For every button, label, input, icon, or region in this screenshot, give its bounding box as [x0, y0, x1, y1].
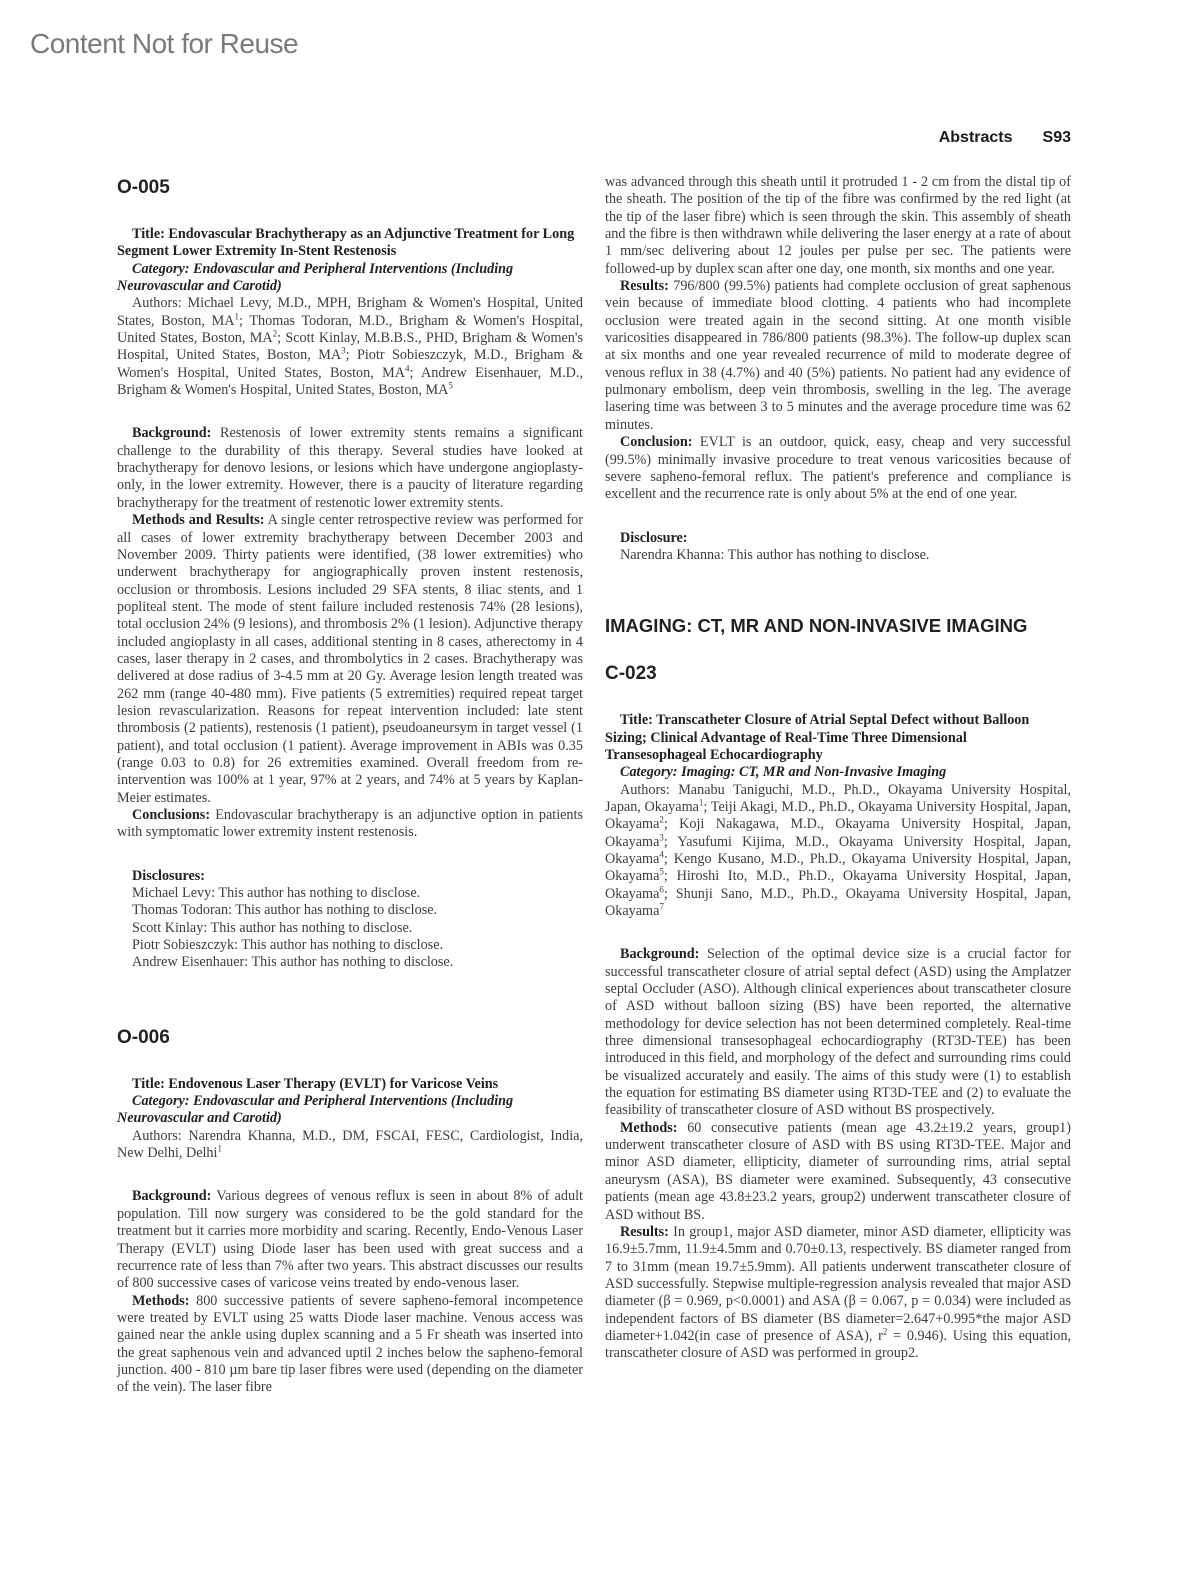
disclosure-item: Andrew Eisenhauer: This author has nothi…: [132, 954, 583, 971]
abstract-authors: Authors: Narendra Khanna, M.D., DM, FSCA…: [117, 1128, 583, 1163]
running-head: AbstractsS93: [909, 129, 1071, 147]
page-number: S93: [1043, 129, 1071, 146]
abstract-category: Category: Endovascular and Peripheral In…: [117, 261, 583, 296]
disclosure-item: Scott Kinlay: This author has nothing to…: [132, 920, 583, 937]
abstract-authors: Authors: Michael Levy, M.D., MPH, Brigha…: [117, 295, 583, 399]
abstract-background: Background: Restenosis of lower extremit…: [117, 425, 583, 512]
section-heading: IMAGING: CT, MR AND NON-INVASIVE IMAGING: [605, 614, 1071, 638]
disclosures-block: Disclosure: Narendra Khanna: This author…: [605, 530, 1071, 565]
journal-section-label: Abstracts: [939, 129, 1013, 146]
disclosures-label: Disclosure:: [620, 530, 1071, 547]
abstract-id: C-023: [605, 662, 1071, 686]
abstract-methods-results: Methods and Results: A single center ret…: [117, 512, 583, 807]
abstract-title: Title: Endovascular Brachytherapy as an …: [117, 226, 583, 261]
abstract-background: Background: Selection of the optimal dev…: [605, 946, 1071, 1119]
disclosure-item: Narendra Khanna: This author has nothing…: [620, 547, 1071, 564]
abstract-title: Title: Transcatheter Closure of Atrial S…: [605, 712, 1071, 764]
abstract-category: Category: Imaging: CT, MR and Non-Invasi…: [605, 764, 1071, 781]
disclosure-item: Piotr Sobieszczyk: This author has nothi…: [132, 937, 583, 954]
abstract-id: O-006: [117, 1026, 583, 1050]
abstract-conclusion: Conclusion: EVLT is an outdoor, quick, e…: [605, 434, 1071, 503]
abstract-conclusions: Conclusions: Endovascular brachytherapy …: [117, 807, 583, 842]
right-column: was advanced through this sheath until i…: [605, 174, 1071, 1363]
disclosures-block: Disclosures: Michael Levy: This author h…: [117, 868, 583, 972]
watermark: Content Not for Reuse: [30, 28, 298, 60]
disclosures-label: Disclosures:: [132, 868, 583, 885]
abstract-authors: Authors: Manabu Taniguchi, M.D., Ph.D., …: [605, 782, 1071, 921]
left-column: O-005 Title: Endovascular Brachytherapy …: [117, 174, 583, 1397]
disclosure-item: Thomas Todoran: This author has nothing …: [132, 902, 583, 919]
abstract-methods-continued: was advanced through this sheath until i…: [605, 174, 1071, 278]
abstract-results: Results: In group1, major ASD diameter, …: [605, 1224, 1071, 1363]
abstract-id: O-005: [117, 176, 583, 200]
disclosure-item: Michael Levy: This author has nothing to…: [132, 885, 583, 902]
abstract-methods: Methods: 60 consecutive patients (mean a…: [605, 1120, 1071, 1224]
abstract-background: Background: Various degrees of venous re…: [117, 1188, 583, 1292]
abstract-methods: Methods: 800 successive patients of seve…: [117, 1293, 583, 1397]
abstract-title: Title: Endovenous Laser Therapy (EVLT) f…: [117, 1076, 583, 1093]
abstract-category: Category: Endovascular and Peripheral In…: [117, 1093, 583, 1128]
abstract-results: Results: 796/800 (99.5%) patients had co…: [605, 278, 1071, 434]
